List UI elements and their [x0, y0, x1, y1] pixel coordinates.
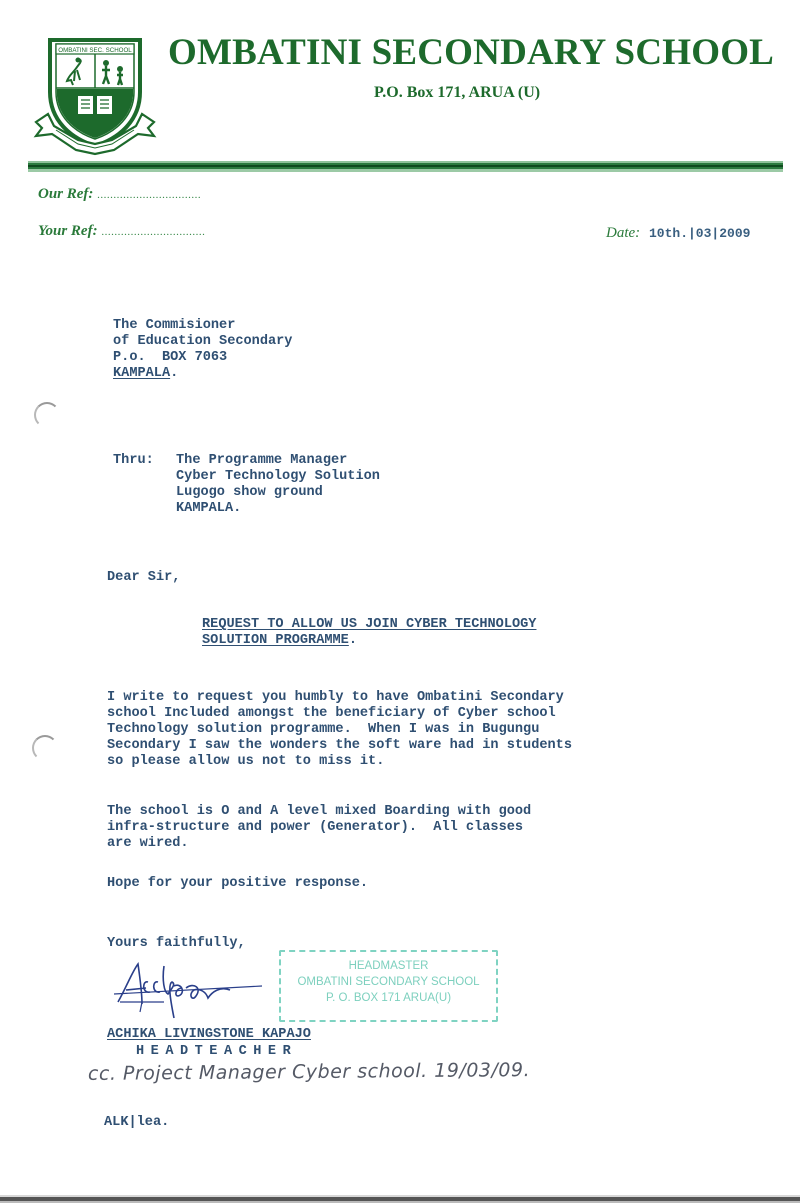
body-line: are wired. [107, 836, 531, 852]
body-line: I write to request you humbly to have Om… [107, 690, 572, 706]
thru-line: Cyber Technology Solution [176, 469, 380, 485]
recipient-city-suffix: . [170, 366, 178, 381]
thru-line: KAMPALA. [176, 501, 380, 517]
body-line: so please allow us not to miss it. [107, 754, 572, 770]
svg-text:OMBATINI SEC. SCHOOL: OMBATINI SEC. SCHOOL [58, 47, 132, 54]
date-label: Date: [606, 225, 640, 242]
subject-heading: REQUEST TO ALLOW US JOIN CYBER TECHNOLOG… [202, 617, 536, 649]
closing-line: Hope for your positive response. [107, 876, 368, 892]
body-line: school Included amongst the beneficiary … [107, 706, 572, 722]
reference-initials: ALK|lea. [104, 1115, 169, 1131]
stamp-line-2: OMBATINI SECONDARY SCHOOL [281, 974, 496, 990]
our-ref-field: Our Ref: ...............................… [38, 186, 201, 203]
body-paragraph-1: I write to request you humbly to have Om… [107, 690, 572, 770]
body-line: Technology solution programme. When I wa… [107, 722, 572, 738]
body-line: infra-structure and power (Generator). A… [107, 820, 531, 836]
subject-suffix: . [349, 633, 357, 648]
signer-title: HEADTEACHER [136, 1044, 297, 1060]
signature-icon [112, 958, 262, 1024]
recipient-address: The Commisionerof Education SecondaryP.o… [113, 318, 292, 382]
stamp-line-3: P. O. BOX 171 ARUA(U) [281, 990, 496, 1006]
recipient-city-line: KAMPALA. [113, 366, 292, 382]
body-line: The school is O and A level mixed Boardi… [107, 804, 531, 820]
recipient-line: P.o. BOX 7063 [113, 350, 292, 366]
subject-line-1: REQUEST TO ALLOW US JOIN CYBER TECHNOLOG… [202, 617, 536, 633]
thru-address: The Programme ManagerCyber Technology So… [176, 453, 380, 517]
school-crest-icon: OMBATINI SEC. SCHOOL [32, 34, 158, 156]
valediction: Yours faithfully, [107, 936, 246, 952]
page-bottom-border [0, 1195, 800, 1203]
punch-hole-mark [34, 402, 60, 428]
punch-hole-mark [32, 735, 58, 761]
school-address: P.O. Box 171, ARUA (U) [374, 84, 540, 102]
date-value: 10th.|03|2009 [649, 226, 750, 241]
thru-line: Lugogo show ground [176, 485, 380, 501]
thru-label: Thru: [113, 453, 154, 469]
header-divider [28, 161, 783, 172]
recipient-line: of Education Secondary [113, 334, 292, 350]
body-line: Secondary I saw the wonders the soft war… [107, 738, 572, 754]
our-ref-label: Our Ref: [38, 186, 93, 202]
recipient-line: The Commisioner [113, 318, 292, 334]
salutation: Dear Sir, [107, 570, 180, 586]
your-ref-dots: ................................ [101, 226, 205, 238]
stamp-line-1: HEADMASTER [281, 958, 496, 974]
handwritten-cc-note: cc. Project Manager Cyber school. 19/03/… [88, 1059, 530, 1085]
subject-line-2: SOLUTION PROGRAMME [202, 633, 349, 648]
body-paragraph-2: The school is O and A level mixed Boardi… [107, 804, 531, 852]
your-ref-field: Your Ref: ..............................… [38, 223, 205, 240]
thru-line: The Programme Manager [176, 453, 380, 469]
school-name: OMBATINI SECONDARY SCHOOL [168, 31, 788, 74]
our-ref-dots: ................................ [97, 189, 201, 201]
your-ref-label: Your Ref: [38, 223, 98, 239]
signer-name: ACHIKA LIVINGSTONE KAPAJO [107, 1027, 311, 1043]
headmaster-stamp: HEADMASTER OMBATINI SECONDARY SCHOOL P. … [279, 950, 498, 1022]
recipient-city: KAMPALA [113, 366, 170, 381]
letter-page: OMBATINI SEC. SCHOOL OMBATINI SECONDARY … [0, 0, 800, 1195]
